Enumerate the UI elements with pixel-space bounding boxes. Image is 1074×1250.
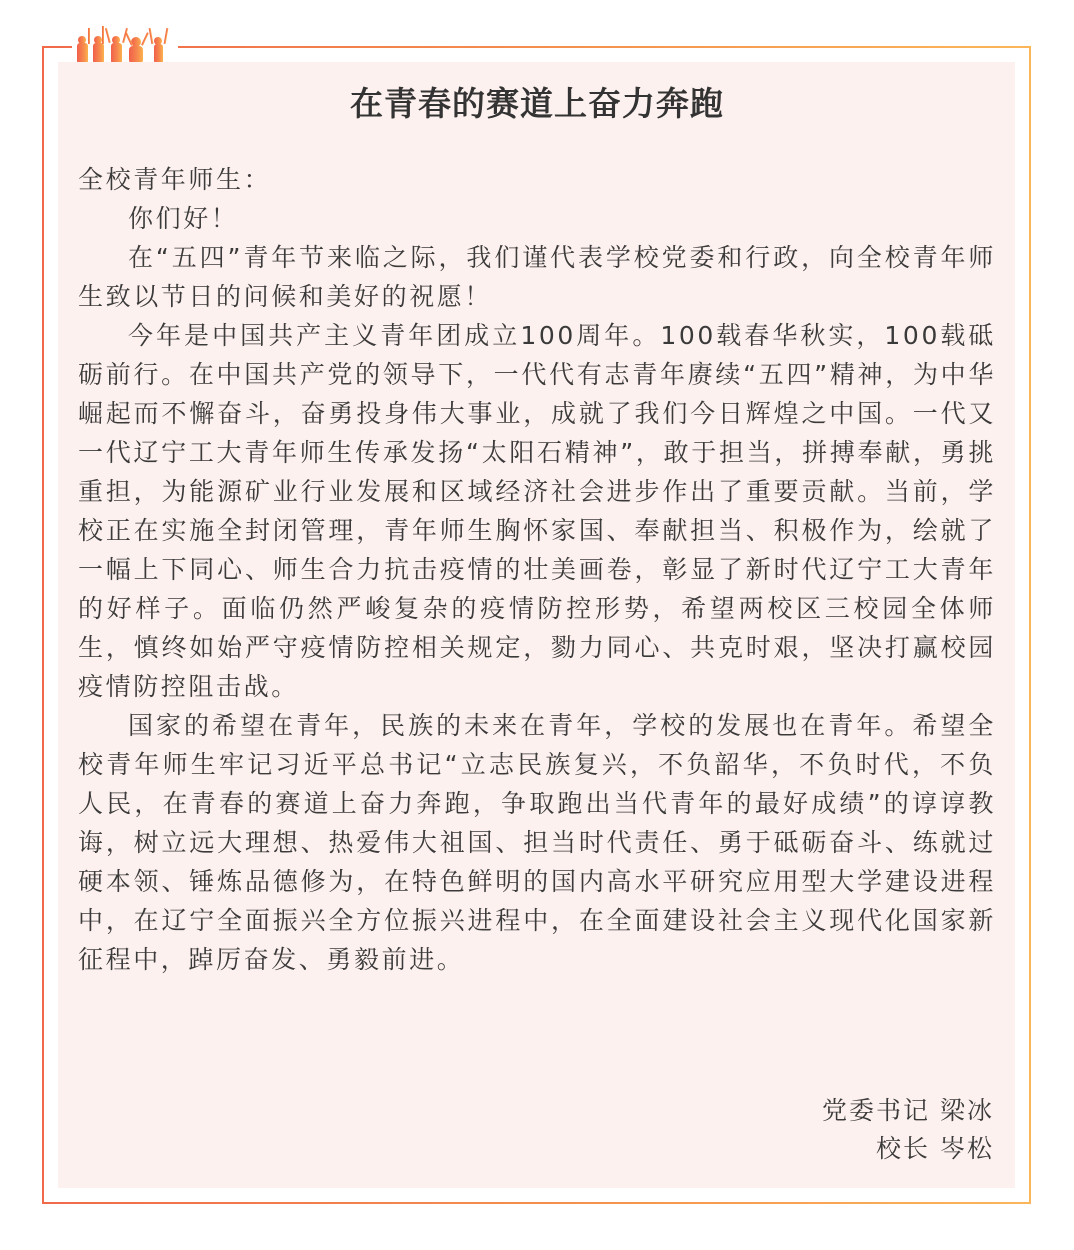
letter-body: 全校青年师生： 你们好！ 在“五四”青年节来临之际，我们谨代表学校党委和行政，向… xyxy=(78,160,996,979)
signature-block: 党委书记 梁冰 校长 岑松 xyxy=(822,1092,994,1168)
signature-party-secretary: 党委书记 梁冰 xyxy=(822,1092,994,1130)
paragraph-greeting: 你们好！ xyxy=(78,199,996,238)
salutation: 全校青年师生： xyxy=(78,160,996,199)
signature-president: 校长 岑松 xyxy=(822,1130,994,1168)
cheering-people-icon xyxy=(72,24,178,64)
paragraph-hope: 国家的希望在青年，民族的未来在青年，学校的发展也在青年。希望全校青年师生牢记习近… xyxy=(78,706,996,979)
letter-title: 在青春的赛道上奋力奔跑 xyxy=(0,78,1074,125)
paragraph-festival-wishes: 在“五四”青年节来临之际，我们谨代表学校党委和行政，向全校青年师生致以节日的问候… xyxy=(78,238,996,316)
paragraph-league-centenary: 今年是中国共产主义青年团成立100周年。100载春华秋实，100载砥砺前行。在中… xyxy=(78,316,996,706)
